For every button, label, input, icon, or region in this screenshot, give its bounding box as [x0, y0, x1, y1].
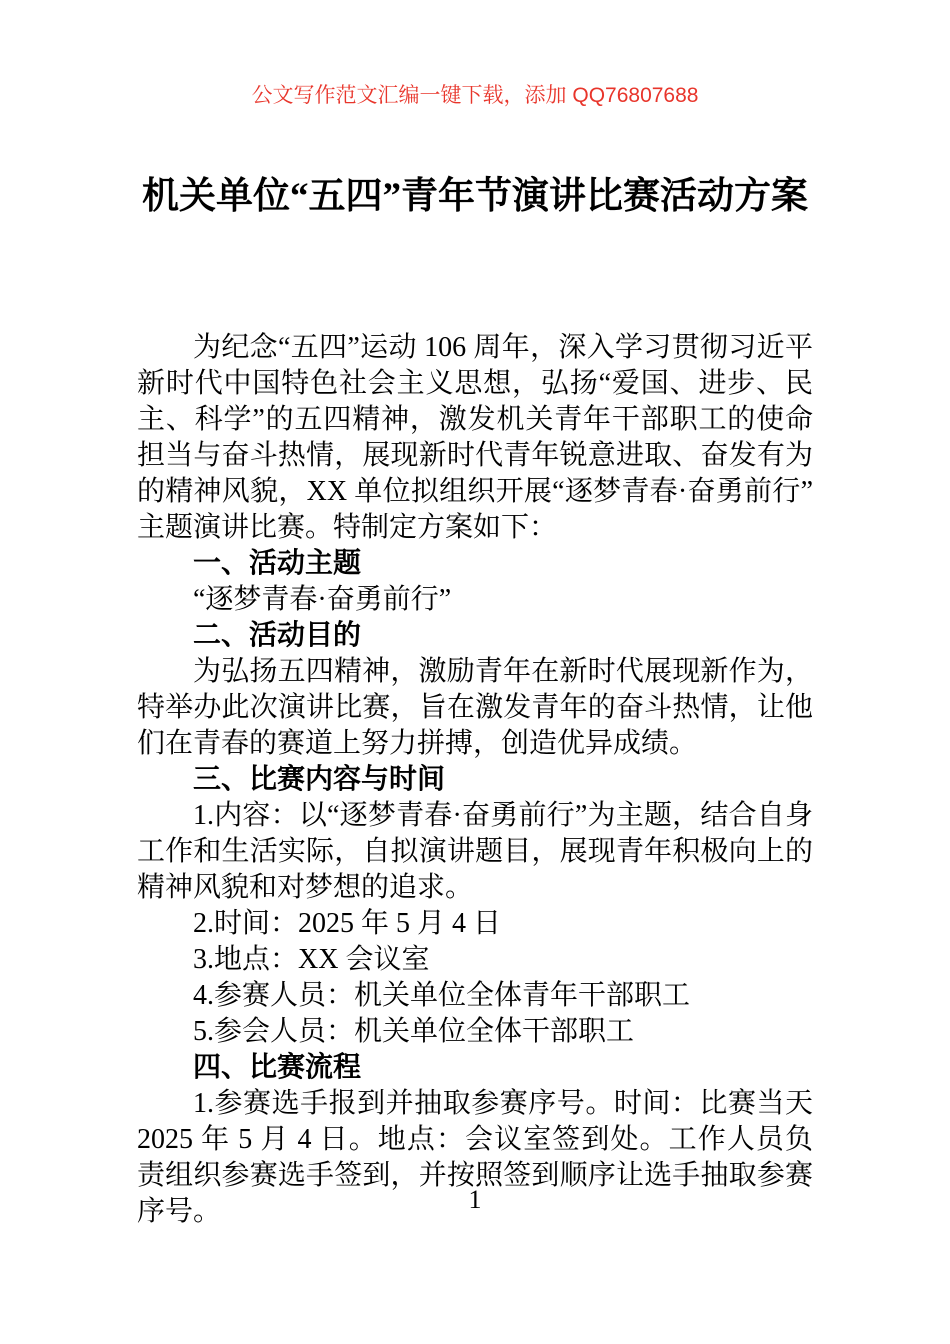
para-contestants: 4.参赛人员：机关单位全体青年干部职工 — [137, 978, 813, 1014]
page-number: 1 — [0, 1184, 950, 1216]
para-time: 2.时间：2025 年 5 月 4 日 — [137, 906, 813, 942]
para-attendees: 5.参会人员：机关单位全体干部职工 — [137, 1014, 813, 1050]
heading-activity-theme: 一、活动主题 — [137, 546, 813, 582]
document-title: 机关单位“五四”青年节演讲比赛活动方案 — [137, 162, 813, 232]
promo-banner-text: 公文写作范文汇编一键下载，添加 QQ76807688 — [0, 84, 950, 108]
para-purpose: 为弘扬五四精神，激励青年在新时代展现新作为，特举办此次演讲比赛，旨在激发青年的奋… — [137, 654, 813, 762]
heading-competition-procedure: 四、比赛流程 — [137, 1050, 813, 1086]
para-intro: 为纪念“五四”运动 106 周年，深入学习贯彻习近平新时代中国特色社会主义思想，… — [137, 330, 813, 546]
heading-activity-purpose: 二、活动目的 — [137, 618, 813, 654]
para-content: 1.内容：以“逐梦青春·奋勇前行”为主题，结合自身工作和生活实际，自拟演讲题目，… — [137, 798, 813, 906]
para-theme-slogan: “逐梦青春·奋勇前行” — [137, 582, 813, 618]
document-body: 为纪念“五四”运动 106 周年，深入学习贯彻习近平新时代中国特色社会主义思想，… — [137, 330, 813, 1230]
para-location: 3.地点：XX 会议室 — [137, 942, 813, 978]
heading-content-time: 三、比赛内容与时间 — [137, 762, 813, 798]
document-page: 公文写作范文汇编一键下载，添加 QQ76807688 机关单位“五四”青年节演讲… — [0, 0, 950, 1344]
